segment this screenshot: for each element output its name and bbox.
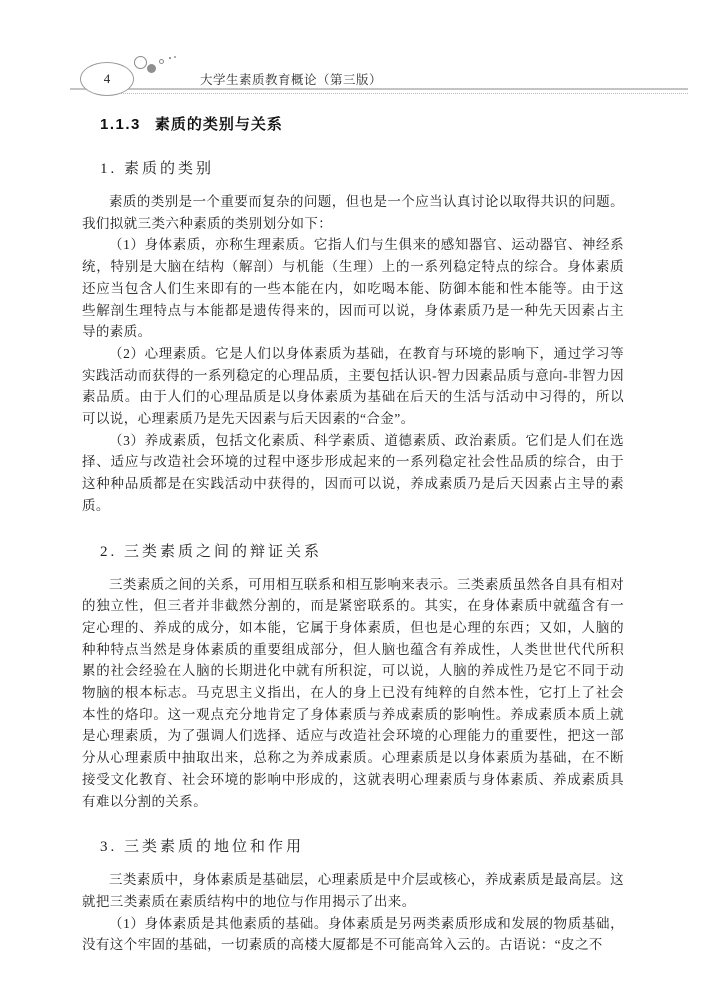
section-number: 1.1.3 [100,116,141,133]
paragraph: （1）身体素质，亦称生理素质。它指人们与生俱来的感知器官、运动器官、神经系统，特… [82,234,624,343]
paragraph: 素质的类别是一个重要而复杂的问题，但也是一个应当认真讨论以取得共识的问题。我们拟… [82,191,624,234]
page-number: 4 [104,71,111,87]
running-head-title: 大学生素质教育概论（第三版） [200,70,382,88]
circle-filled-icon [147,64,156,73]
subsection-3-heading: 3. 三类素质的地位和作用 [100,835,624,856]
paragraph: （3）养成素质，包括文化素质、科学素质、道德素质、政治素质。它们是人们在选择、适… [82,430,624,517]
dot-icon [169,57,171,59]
paragraph: （1）身体素质是其他素质的基础。身体素质是另两类素质形成和发展的物质基础，没有这… [82,913,624,956]
subsection-3: 3. 三类素质的地位和作用 三类素质中，身体素质是基础层，心理素质是中介层或核心… [82,835,624,956]
page-number-badge: 4 [80,62,134,96]
paragraph: （2）心理素质。它是人们以身体素质为基础，在教育与环境的影响下，通过学习等实践活… [82,343,624,430]
subsection-2-heading: 2. 三类素质之间的辩证关系 [100,540,624,561]
subsection-2: 2. 三类素质之间的辩证关系 三类素质之间的关系，可用相互联系和相互影响来表示。… [82,540,624,813]
decoration-circles-icon [128,56,188,86]
paragraph: 三类素质中，身体素质是基础层，心理素质是中介层或核心，养成素质是最高层。这就把三… [82,869,624,912]
circle-small-icon [159,59,164,64]
header-rule [70,88,688,90]
page-content: 1.1.3素质的类别与关系 1. 素质的类别 素质的类别是一个重要而复杂的问题，… [82,113,624,956]
section-heading: 1.1.3素质的类别与关系 [100,113,624,134]
circle-outline-icon [134,56,147,69]
book-page: 4 大学生素质教育概论（第三版） 1.1.3素质的类别与关系 1. 素质的类别 … [0,0,706,982]
subsection-1: 1. 素质的类别 素质的类别是一个重要而复杂的问题，但也是一个应当认真讨论以取得… [82,157,624,517]
subsection-1-heading: 1. 素质的类别 [100,157,624,178]
page-header: 4 大学生素质教育概论（第三版） [0,0,706,100]
dot-icon [174,56,176,58]
header-rule-dotted [110,93,688,94]
paragraph: 三类素质之间的关系，可用相互联系和相互影响来表示。三类素质虽然各自具有相对的独立… [82,574,624,813]
section-title-text: 素质的类别与关系 [155,116,283,133]
